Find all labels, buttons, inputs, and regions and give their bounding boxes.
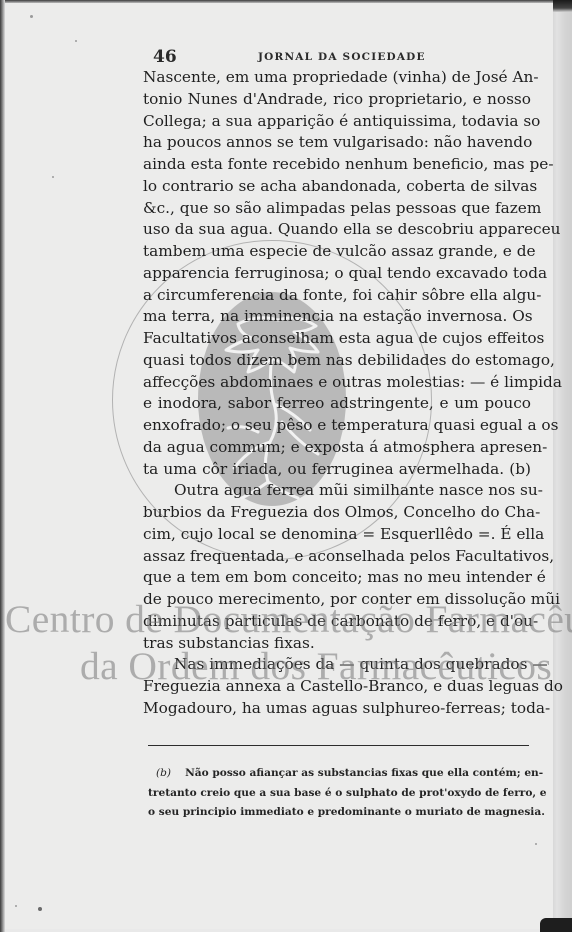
footnote: (b)Não posso afiançar as substancias fix… [148, 764, 529, 823]
footnote-text: Não posso afiançar as substancias fixas … [185, 767, 543, 779]
scan-corner-bottom-right [540, 918, 572, 932]
journal-title: JORNAL DA SOCIEDADE [258, 51, 426, 63]
running-head: 46 JORNAL DA SOCIEDADE [153, 47, 529, 67]
text-line: Mogadouro, ha umas aguas sulphureo-ferre… [143, 698, 531, 720]
paragraph-start-line: Outra agua ferrea mũi similhante nasce n… [143, 480, 531, 502]
paper-speck [30, 15, 33, 18]
text-line: lo contrario se acha abandonada, coberta… [143, 176, 531, 198]
paper-speck [52, 176, 54, 178]
text-line: ta uma côr iriada, ou ferruginea avermel… [143, 459, 531, 481]
footnote-rule [148, 745, 529, 746]
paper-speck [75, 40, 77, 42]
text-line: Nascente, em uma propriedade (vinha) de … [143, 67, 531, 89]
text-line: e inodora, sabor ferreo adstringente, e … [143, 393, 531, 415]
paragraph-end-line: tras substancias fixas. [143, 633, 531, 655]
text-line: ainda esta fonte recebido nenhum benefic… [143, 154, 531, 176]
paper-speck [535, 843, 537, 845]
text-line: que a tem em bom conceito; mas no meu in… [143, 567, 531, 589]
body-text: Nascente, em uma propriedade (vinha) de … [143, 67, 531, 720]
text-line: ma terra, na imminencia na estação inver… [143, 306, 531, 328]
paper-speck [38, 907, 42, 911]
text-line: tambem uma especie de vulcão assaz grand… [143, 241, 531, 263]
footnote-line: (b)Não posso afiançar as substancias fix… [148, 764, 529, 784]
text-line: Freguezia annexa a Castello-Branco, e du… [143, 676, 531, 698]
scan-corner-top-right [553, 0, 572, 12]
text-line: ha poucos annos se tem vulgarisado: não … [143, 132, 531, 154]
footnote-line: o seu principio immediato e predominante… [148, 803, 529, 823]
footnote-marker: (b) [156, 767, 171, 779]
text-line: Facultativos aconselham esta agua de cuj… [143, 328, 531, 350]
book-gutter [553, 3, 572, 929]
text-line: tonio Nunes d'Andrade, rico proprietario… [143, 89, 531, 111]
page-number: 46 [153, 47, 177, 67]
text-line: a circumferencia da fonte, foi cahir sôb… [143, 285, 531, 307]
text-line: apparencia ferruginosa; o qual tendo exc… [143, 263, 531, 285]
footnote-line: tretanto creio que a sua base é o sulpha… [148, 784, 529, 804]
scan-edge-left [0, 0, 5, 932]
text-line: diminutas particulas de carbonato de fer… [143, 611, 531, 633]
paragraph-start-line: Nas immediações da — quinta dos quebrado… [143, 654, 531, 676]
text-line: &c., que so são alimpadas pelas pessoas … [143, 198, 531, 220]
text-line: assaz frequentada, e aconselhada pelos F… [143, 546, 531, 568]
text-line: enxofrado; o seu pêso e temperatura quas… [143, 415, 531, 437]
text-line: Collega; a sua apparição é antiquissima,… [143, 111, 531, 133]
text-line: quasi todos dizem bem nas debilidades do… [143, 350, 531, 372]
text-line: cim, cujo local se denomina = Esquerllêd… [143, 524, 531, 546]
text-line: uso da sua agua. Quando ella se descobri… [143, 219, 531, 241]
paper-speck [15, 905, 17, 907]
text-line: de pouco merecimento, por conter em diss… [143, 589, 531, 611]
text-line: da agua commum; e exposta á atmosphera a… [143, 437, 531, 459]
text-line: affecções abdominaes e outras molestias:… [143, 372, 531, 394]
text-line: burbios da Freguezia dos Olmos, Concelho… [143, 502, 531, 524]
